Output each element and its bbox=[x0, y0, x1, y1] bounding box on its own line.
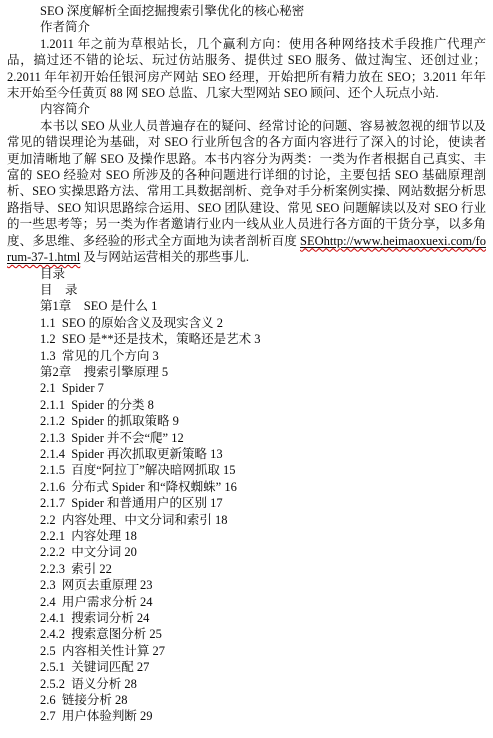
toc-entry: 2.4.2 搜索意图分析 25 bbox=[7, 626, 486, 642]
document-title: SEO 深度解析全面挖掘搜索引擎优化的核心秘密 bbox=[7, 3, 486, 19]
toc-entry: 2.1.6 分布式 Spider 和“降权蜘蛛” 16 bbox=[7, 479, 486, 495]
content-intro-paragraph: 本书以 SEO 从业人员普遍存在的疑问、经常讨论的问题、容易被忽视的细节以及常见… bbox=[7, 118, 486, 266]
toc-entry: 2.5 内容相关性计算 27 bbox=[7, 643, 486, 659]
toc-entry: 2.1.7 Spider 和普通用户的区别 17 bbox=[7, 495, 486, 511]
toc-entry: 2.2.1 内容处理 18 bbox=[7, 528, 486, 544]
toc-list: 第1章 SEO 是什么 11.1 SEO 的原始含义及现实含义 21.2 SEO… bbox=[7, 298, 486, 725]
toc-entry: 2.2.2 中文分词 20 bbox=[7, 544, 486, 560]
toc-entry: 2.4.1 搜索词分析 24 bbox=[7, 610, 486, 626]
author-intro-paragraph: 1.2011 年之前为草根站长，几个赢利方向：使用各种网络技术手段推广代理产品，… bbox=[7, 36, 486, 102]
toc-entry: 2.1.1 Spider 的分类 8 bbox=[7, 397, 486, 413]
toc-entry: 2.2.3 索引 22 bbox=[7, 561, 486, 577]
toc-entry: 2.7 用户体验判断 29 bbox=[7, 708, 486, 724]
toc-entry: 2.1.2 Spider 的抓取策略 9 bbox=[7, 413, 486, 429]
toc-entry: 2.5.1 关键词匹配 27 bbox=[7, 659, 486, 675]
toc-entry: 2.2 内容处理、中文分词和索引 18 bbox=[7, 512, 486, 528]
content-intro-text-before-link: 本书以 SEO 从业人员普遍存在的疑问、经常讨论的问题、容易被忽视的细节以及常见… bbox=[7, 119, 486, 248]
toc-entry: 2.3 网页去重原理 23 bbox=[7, 577, 486, 593]
toc-entry: 第1章 SEO 是什么 1 bbox=[7, 298, 486, 314]
toc-entry: 2.4 用户需求分析 24 bbox=[7, 594, 486, 610]
toc-entry: 2.5.2 语义分析 28 bbox=[7, 676, 486, 692]
toc-entry: 2.6 链接分析 28 bbox=[7, 692, 486, 708]
toc-entry: 1.1 SEO 的原始含义及现实含义 2 bbox=[7, 315, 486, 331]
toc-entry: 1.2 SEO 是**还是技术，策略还是艺术 3 bbox=[7, 331, 486, 347]
toc-entry: 第2章 搜索引擎原理 5 bbox=[7, 364, 486, 380]
content-intro-heading: 内容简介 bbox=[7, 101, 486, 117]
content-intro-text-after-link: 及与网站运营相关的那些事儿. bbox=[80, 250, 249, 264]
toc-heading-spaced: 目 录 bbox=[7, 282, 486, 298]
toc-entry: 2.1.5 百度“阿拉丁”解决暗网抓取 15 bbox=[7, 462, 486, 478]
toc-entry: 1.3 常见的几个方向 3 bbox=[7, 348, 486, 364]
toc-entry: 2.1 Spider 7 bbox=[7, 380, 486, 396]
document-page: SEO 深度解析全面挖掘搜索引擎优化的核心秘密 作者简介 1.2011 年之前为… bbox=[0, 0, 493, 738]
toc-heading: 目录 bbox=[7, 266, 486, 282]
toc-entry: 2.1.4 Spider 再次抓取更新策略 13 bbox=[7, 446, 486, 462]
author-intro-heading: 作者简介 bbox=[7, 19, 486, 35]
toc-entry: 2.1.3 Spider 并不会“爬” 12 bbox=[7, 430, 486, 446]
